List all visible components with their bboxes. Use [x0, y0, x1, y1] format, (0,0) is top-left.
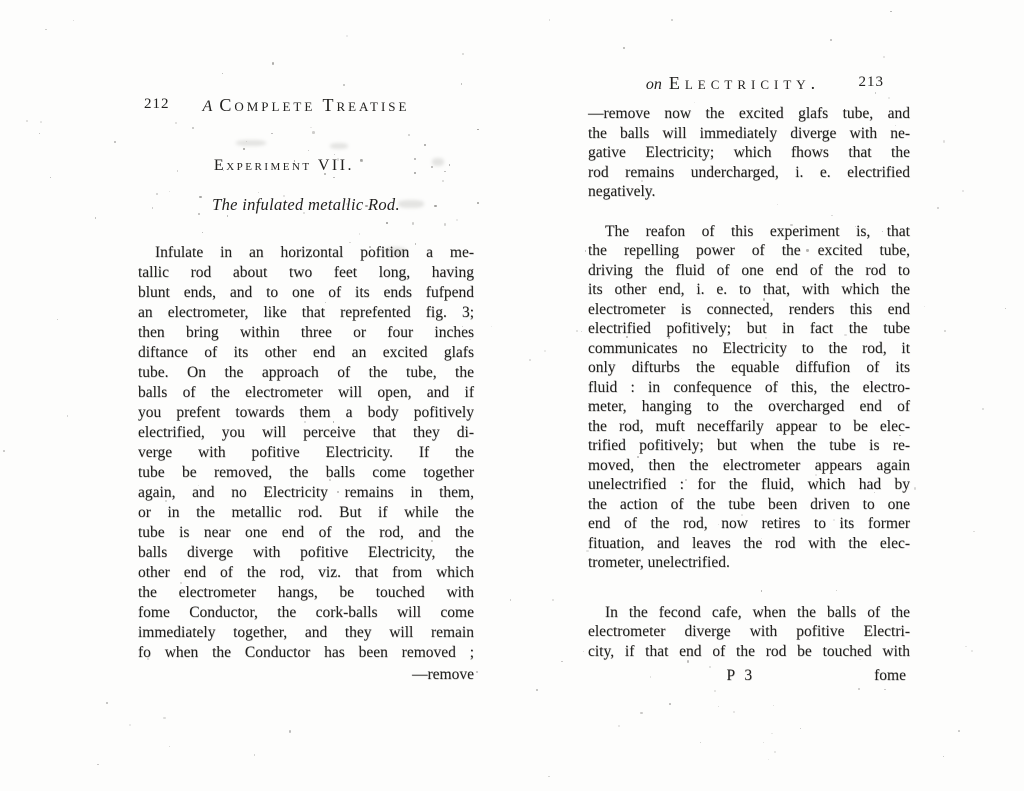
scan-speckle	[343, 84, 345, 86]
scan-speckle	[763, 742, 764, 743]
scan-speckle	[544, 350, 546, 352]
scan-speckle	[97, 764, 98, 765]
scan-speckle	[585, 250, 586, 251]
text-line: electrometer diverge with pofitive Elect…	[588, 622, 910, 642]
text-line: electrified, you will perceive that they…	[138, 423, 474, 443]
text-line: only difturbs the equable diffufion of i…	[588, 358, 910, 378]
text-line: again, and no Electricity remains in the…	[138, 483, 474, 503]
running-title-right: onElectricity.	[572, 73, 894, 94]
text-line: unelectrified : for the fluid, which had…	[588, 475, 910, 495]
scan-speckle	[618, 725, 620, 727]
scan-speckle	[536, 689, 538, 691]
scan-speckle	[40, 121, 42, 123]
text-line: the rod, muft neceffarily appear to be e…	[588, 417, 910, 437]
scan-speckle	[95, 217, 97, 219]
running-head-right: onElectricity. 213	[588, 73, 910, 91]
scan-speckle	[943, 756, 944, 757]
scan-speckle	[552, 599, 554, 601]
scan-speckle	[462, 53, 464, 55]
text-line: fo when the Conductor has been removed ;	[138, 643, 474, 663]
text-line: tallic rod about two feet long, having	[138, 263, 474, 283]
experiment-subtitle: The infulated metallic Rod.	[138, 195, 474, 215]
text-line: negatively.	[588, 182, 910, 202]
text-line: an electrometer, like that reprefented f…	[138, 303, 474, 323]
scan-speckle	[491, 326, 492, 327]
scan-speckle	[890, 11, 891, 12]
scan-speckle	[965, 646, 966, 647]
scan-speckle	[169, 746, 170, 747]
scan-speckle	[346, 35, 348, 37]
text-line: the balls will immediately diverge with …	[588, 124, 910, 144]
text-line: balls diverge with pofitive Electricity,…	[138, 543, 474, 563]
scan-speckle	[583, 651, 584, 652]
text-line: communicates no Electricity to the rod, …	[588, 339, 910, 359]
scan-speckle	[971, 650, 973, 652]
catchword-left: —remove	[138, 665, 474, 685]
text-line: fome Conductor, the cork-balls will come	[138, 603, 474, 623]
running-title-left: AComplete Treatise	[138, 95, 474, 116]
scan-speckle	[129, 724, 131, 726]
scan-speckle	[67, 415, 68, 416]
section-heading: Experiment VII.	[116, 157, 452, 175]
text-line: blunt ends, and to one of its ends fufpe…	[138, 283, 474, 303]
scan-speckle	[461, 83, 463, 85]
text-line: Infulate in an horizontal pofition a me-	[138, 243, 474, 263]
running-head-left: 212 AComplete Treatise	[138, 95, 474, 113]
text-line: rod remains undercharged, i. e. electrif…	[588, 163, 910, 183]
text-line: meter, hanging to the overcharged end of	[588, 397, 910, 417]
scan-speckle	[50, 177, 51, 178]
scan-speckle	[510, 599, 511, 600]
running-title-caps: Complete Treatise	[219, 95, 409, 115]
scan-speckle	[958, 730, 960, 732]
scan-speckle	[718, 706, 719, 707]
scan-speckle	[800, 728, 801, 729]
scan-speckle	[774, 751, 776, 753]
scan-speckle	[944, 330, 946, 332]
text-line: tube is near one end of the rod, and the	[138, 523, 474, 543]
text-line: electrometer is connected, renders this …	[588, 300, 910, 320]
scan-speckle	[771, 733, 772, 734]
text-line: verge with pofitive Electricity. If the	[138, 443, 474, 463]
scan-speckle	[858, 688, 860, 690]
text-line: other end of the rod, viz. that from whi…	[138, 563, 474, 583]
scan-speckle	[106, 702, 108, 704]
scan-speckle	[576, 330, 578, 332]
text-line: the action of the tube been driven to on…	[588, 495, 910, 515]
scan-speckle	[549, 19, 551, 21]
scan-speckle	[924, 306, 925, 307]
page-left: 212 AComplete Treatise Experiment VII. T…	[138, 95, 474, 685]
catchword-right: fome	[874, 666, 906, 686]
scan-speckle	[671, 19, 673, 21]
scan-speckle	[937, 207, 939, 209]
scan-speckle	[714, 690, 715, 691]
scan-speckle	[962, 190, 964, 192]
text-line: its other end, i. e. to that, with which…	[588, 280, 910, 300]
scan-speckle	[289, 730, 291, 732]
paragraph: —remove now the excited glafs tube, andt…	[588, 104, 910, 202]
scan-speckle	[1005, 308, 1006, 309]
text-line: fituation, and leaves the rod with the e…	[588, 534, 910, 554]
text-line: end of the rod, now retires to its forme…	[588, 514, 910, 534]
scan-speckle	[623, 47, 625, 49]
text-line: the repelling power of the excited tube,	[588, 241, 910, 261]
body-text-right: —remove now the excited glafs tube, andt…	[588, 104, 910, 661]
scan-speckle	[26, 120, 28, 122]
scan-speckle	[477, 202, 479, 204]
paragraph: Infulate in an horizontal pofition a me-…	[138, 243, 474, 663]
text-line: then bring within three or four inches	[138, 323, 474, 343]
scan-speckle	[529, 359, 531, 361]
text-line: The reafon of this experiment is, that	[588, 222, 910, 242]
body-text-left: Infulate in an horizontal pofition a me-…	[138, 243, 474, 663]
scan-speckle	[272, 62, 274, 64]
text-line: immediately together, and they will rema…	[138, 623, 474, 643]
scan-speckle	[733, 711, 735, 713]
scan-speckle	[773, 705, 774, 706]
scan-speckle	[768, 759, 769, 760]
scan-speckle	[254, 754, 255, 755]
paragraph: The reafon of this experiment is, thatth…	[588, 222, 910, 573]
text-line: electrified pofitively; but in fact the …	[588, 319, 910, 339]
scan-speckle	[914, 487, 916, 489]
scan-speckle	[39, 133, 40, 134]
running-title-caps: Electricity.	[669, 73, 820, 93]
text-line: In the fecond cafe, when the balls of th…	[588, 603, 910, 623]
page-number-right: 213	[859, 74, 885, 91]
scan-speckle	[884, 689, 886, 691]
scan-speckle	[669, 703, 671, 705]
running-title-article: A	[203, 98, 213, 115]
scan-speckle	[982, 408, 984, 410]
scan-speckle	[883, 56, 885, 58]
text-line: balls of the electrometer will open, and…	[138, 383, 474, 403]
text-line: trometer, unelectrified.	[588, 553, 910, 573]
scanned-book-spread: { "left": { "page_number": "212", "head_…	[0, 0, 1024, 791]
page-right: onElectricity. 213 —remove now the excit…	[588, 73, 910, 686]
scan-speckle	[163, 717, 165, 719]
scan-speckle	[581, 331, 582, 332]
page-footer-right: P 3 fome	[588, 666, 910, 686]
scan-speckle	[548, 776, 550, 778]
text-line: you prefent towards them a body pofitive…	[138, 403, 474, 423]
text-line: driving the fluid of one end of the rod …	[588, 261, 910, 281]
scan-speckle	[700, 742, 702, 744]
text-line: tube. On the approach of the tube, the	[138, 363, 474, 383]
text-line: tube be removed, the balls come together	[138, 463, 474, 483]
text-line: the electrometer hangs, be touched with	[138, 583, 474, 603]
text-line: diftance of its other end an excited gla…	[138, 343, 474, 363]
text-line: or in the metallic rod. But if while the	[138, 503, 474, 523]
text-line: city, if that end of the rod be touched …	[588, 642, 910, 662]
page-number-left: 212	[144, 96, 170, 113]
scan-speckle	[561, 661, 563, 663]
running-title-preposition: on	[646, 76, 662, 93]
scan-speckle	[45, 29, 46, 30]
scan-speckle	[73, 20, 74, 21]
scan-speckle	[830, 39, 832, 41]
paragraph: In the fecond cafe, when the balls of th…	[588, 603, 910, 662]
scan-speckle	[973, 531, 974, 532]
text-line: —remove now the excited glafs tube, and	[588, 104, 910, 124]
text-line: moved, then the electrometer appears aga…	[588, 456, 910, 476]
scan-speckle	[222, 73, 223, 74]
scan-speckle	[57, 319, 58, 320]
scan-speckle	[640, 712, 642, 714]
press-signature: P 3	[726, 666, 755, 686]
scan-speckle	[477, 129, 479, 131]
scan-speckle	[114, 141, 116, 143]
text-line: trified pofitively; but when the tube is…	[588, 436, 910, 456]
scan-speckle	[3, 450, 5, 452]
scan-speckle	[943, 140, 945, 142]
text-line: gative Electricity; which fhows that the	[588, 143, 910, 163]
scan-speckle	[476, 671, 478, 673]
text-line: fluid : in confequence of this, the elec…	[588, 378, 910, 398]
